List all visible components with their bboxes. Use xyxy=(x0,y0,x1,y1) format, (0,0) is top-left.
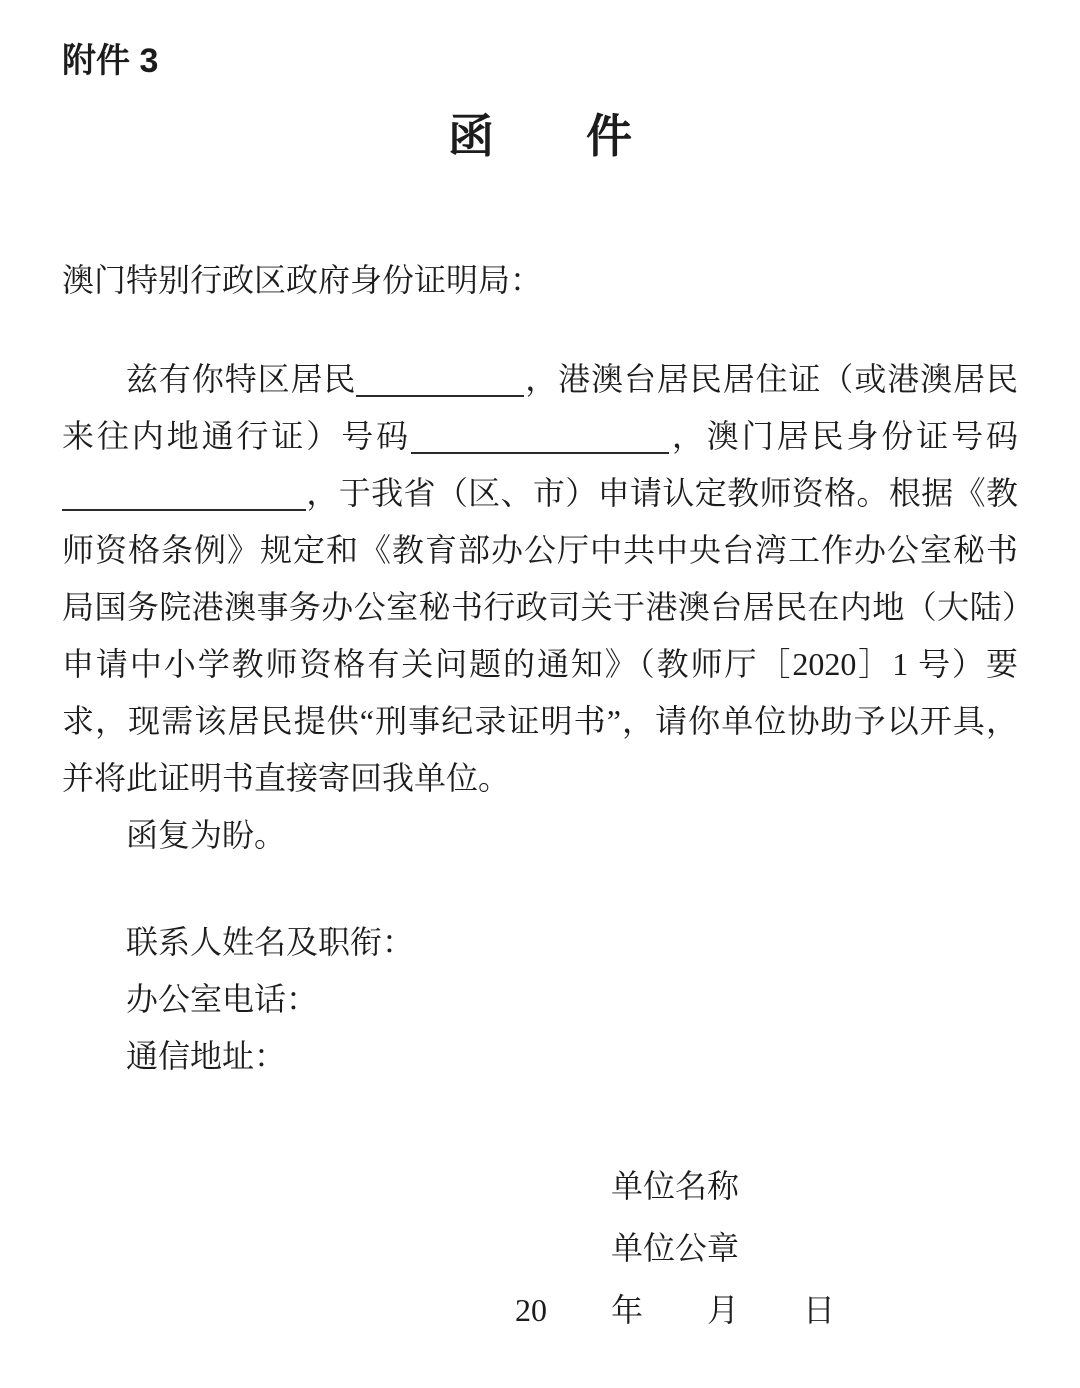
body-text-segment-3: ，澳门居民身份证号码 xyxy=(669,418,1018,454)
letter-title: 函 件 xyxy=(62,109,1018,164)
contact-name-and-title: 联系人姓名及职衔： xyxy=(62,914,1018,971)
salutation: 澳门特别行政区政府身份证明局： xyxy=(62,260,1018,302)
closing-line: 函复为盼。 xyxy=(62,807,1018,864)
contact-office-phone: 办公室电话： xyxy=(62,971,1018,1028)
contact-mailing-address: 通信地址： xyxy=(62,1028,1018,1085)
letter-page: 附件 3 函 件 澳门特别行政区政府身份证明局： 兹有你特区居民，港澳台居民居住… xyxy=(0,0,1080,1388)
contact-block: 联系人姓名及职衔： 办公室电话： 通信地址： xyxy=(62,914,1018,1085)
attachment-label: 附件 3 xyxy=(62,40,1018,83)
signature-block: 单位名称 单位公章 20 年 月 日 xyxy=(332,1155,1018,1341)
blank-macau-id-number xyxy=(62,477,306,511)
signature-unit-seal: 单位公章 xyxy=(332,1217,1018,1279)
body-text-segment-1: 兹有你特区居民 xyxy=(126,361,356,397)
blank-resident-name xyxy=(356,363,524,397)
signature-unit-name: 单位名称 xyxy=(332,1155,1018,1217)
signature-date-line: 20 年 月 日 xyxy=(332,1279,1018,1341)
blank-permit-number xyxy=(411,420,669,454)
body-paragraph: 兹有你特区居民，港澳台居民居住证（或港澳居民来往内地通行证）号码，澳门居民身份证… xyxy=(62,351,1018,807)
body-text-segment-4: ，于我省（区、市）申请认定教师资格。根据《教师资格条例》规定和《教育部办公厅中共… xyxy=(62,475,1018,796)
